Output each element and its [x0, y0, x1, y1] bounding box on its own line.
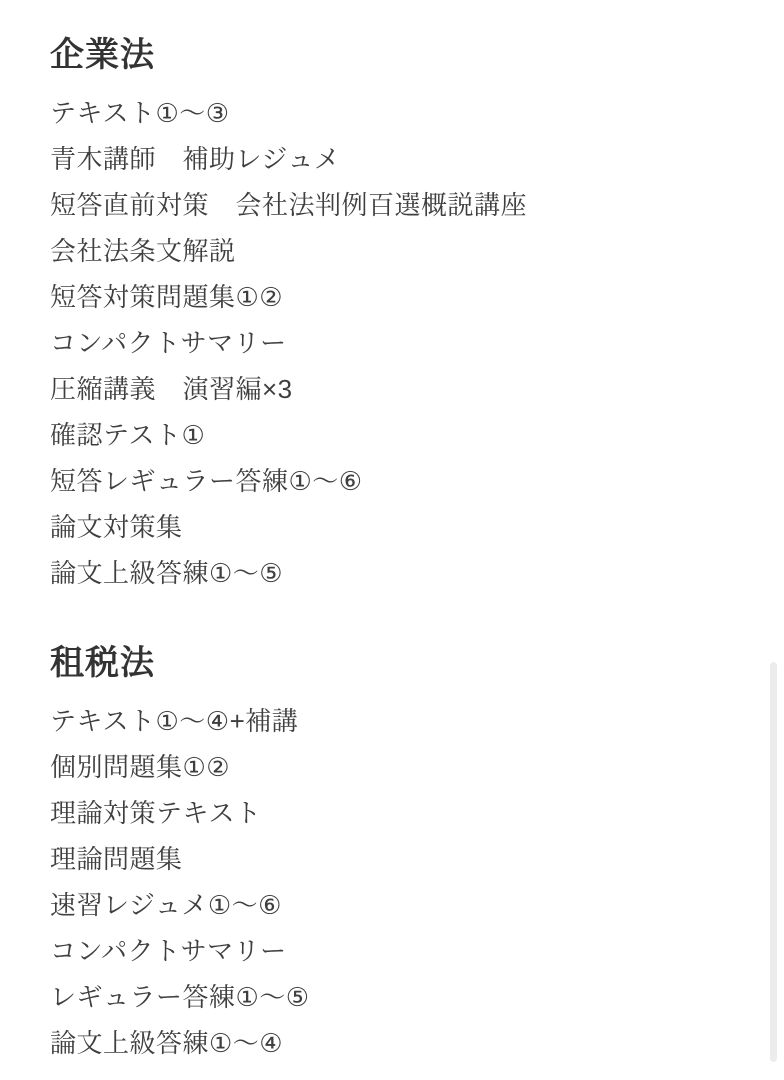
section-corporate-law: 企業法 テキスト①～③ 青木講師 補助レジュメ 短答直前対策 会社法判例百選概説… [50, 38, 744, 596]
list-item: 短答レギュラー答練①～⑥ [50, 458, 744, 504]
list-item: 速習レジュメ①～⑥ [50, 882, 744, 928]
list-item: テキスト①～④+補講 [50, 698, 744, 744]
section-title-corporate-law: 企業法 [50, 38, 744, 72]
list-item: コンパクトサマリー [50, 320, 744, 366]
list-item: 短答直前対策 会社法判例百選概説講座 [50, 182, 744, 228]
document-content: 企業法 テキスト①～③ 青木講師 補助レジュメ 短答直前対策 会社法判例百選概説… [0, 0, 784, 1066]
list-item: テキスト①～③ [50, 90, 744, 136]
list-item: 確認テスト① [50, 412, 744, 458]
list-item: 論文対策集 [50, 504, 744, 550]
document-page: 企業法 テキスト①～③ 青木講師 補助レジュメ 短答直前対策 会社法判例百選概説… [0, 0, 784, 1080]
list-item: レギュラー答練①～⑤ [50, 974, 744, 1020]
list-item: 論文上級答練①～④ [50, 1020, 744, 1066]
list-item: 会社法条文解説 [50, 228, 744, 274]
section-tax-law: 租税法 テキスト①～④+補講 個別問題集①② 理論対策テキスト 理論問題集 速習… [50, 646, 744, 1066]
section-title-tax-law: 租税法 [50, 646, 744, 680]
list-item: 短答対策問題集①② [50, 274, 744, 320]
list-item: 青木講師 補助レジュメ [50, 136, 744, 182]
list-item: 理論問題集 [50, 836, 744, 882]
list-item: コンパクトサマリー [50, 928, 744, 974]
list-item: 論文上級答練①～⑤ [50, 550, 744, 596]
scrollbar-thumb[interactable] [770, 662, 777, 1062]
list-item: 圧縮講義 演習編×3 [50, 366, 744, 412]
list-item: 個別問題集①② [50, 744, 744, 790]
list-item: 理論対策テキスト [50, 790, 744, 836]
